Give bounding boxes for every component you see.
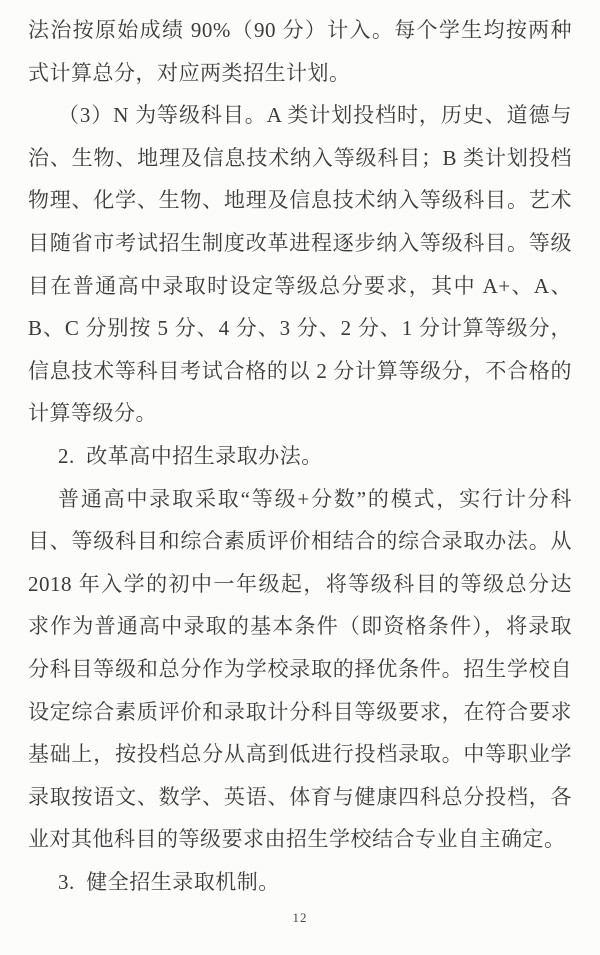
document-page: 法治按原始成绩 90%（90 分）计入。每个学生均按两种方 式计算总分，对应两类…: [0, 0, 600, 955]
text-line: 目随省市考试招生制度改革进程逐步纳入等级科目。等级科: [28, 222, 572, 265]
text-line: 求作为普通高中录取的基本条件（即资格条件），将录取计: [28, 605, 572, 648]
list-item-2-heading: 2. 改革高中招生录取办法。: [28, 435, 572, 478]
text-line: 治、生物、地理及信息技术纳入等级科目；B 类计划投档时，: [28, 137, 572, 180]
text-line: 普通高中录取采取“等级+分数”的模式，实行计分科: [28, 478, 572, 521]
text-line: （3）N 为等级科目。A 类计划投档时，历史、道德与法: [28, 94, 572, 137]
text-line: 计算等级分。: [28, 392, 572, 435]
text-line: 式计算总分，对应两类招生计划。: [28, 52, 572, 95]
text-line: 目在普通高中录取时设定等级总分要求，其中 A+、A、B+、: [28, 265, 572, 308]
page-number: 12: [0, 910, 600, 926]
text-line: 信息技术等科目考试合格的以 2 分计算等级分，不合格的不: [28, 350, 572, 393]
text-line: 录取按语文、数学、英语、体育与健康四科总分投档，各专: [28, 776, 572, 819]
text-line: 2018 年入学的初中一年级起，将等级科目的等级总分达到要: [28, 563, 572, 606]
text-line: 基础上，按投档总分从高到低进行投档录取。中等职业学校: [28, 733, 572, 776]
text-line: 分科目等级和总分作为学校录取的择优条件。招生学校自主: [28, 648, 572, 691]
text-line: 法治按原始成绩 90%（90 分）计入。每个学生均按两种方: [28, 9, 572, 52]
text-line: 设定综合素质评价和录取计分科目等级要求，在符合要求的: [28, 691, 572, 734]
list-item-3-heading: 3. 健全招生录取机制。: [28, 861, 572, 904]
text-line: 业对其他科目的等级要求由招生学校结合专业自主确定。: [28, 818, 572, 861]
text-line: B、C 分别按 5 分、4 分、3 分、2 分、1 分计算等级分，艺术、: [28, 307, 572, 350]
text-line: 目、等级科目和综合素质评价相结合的综合录取办法。从: [28, 520, 572, 563]
text-line: 物理、化学、生物、地理及信息技术纳入等级科目。艺术科: [28, 179, 572, 222]
